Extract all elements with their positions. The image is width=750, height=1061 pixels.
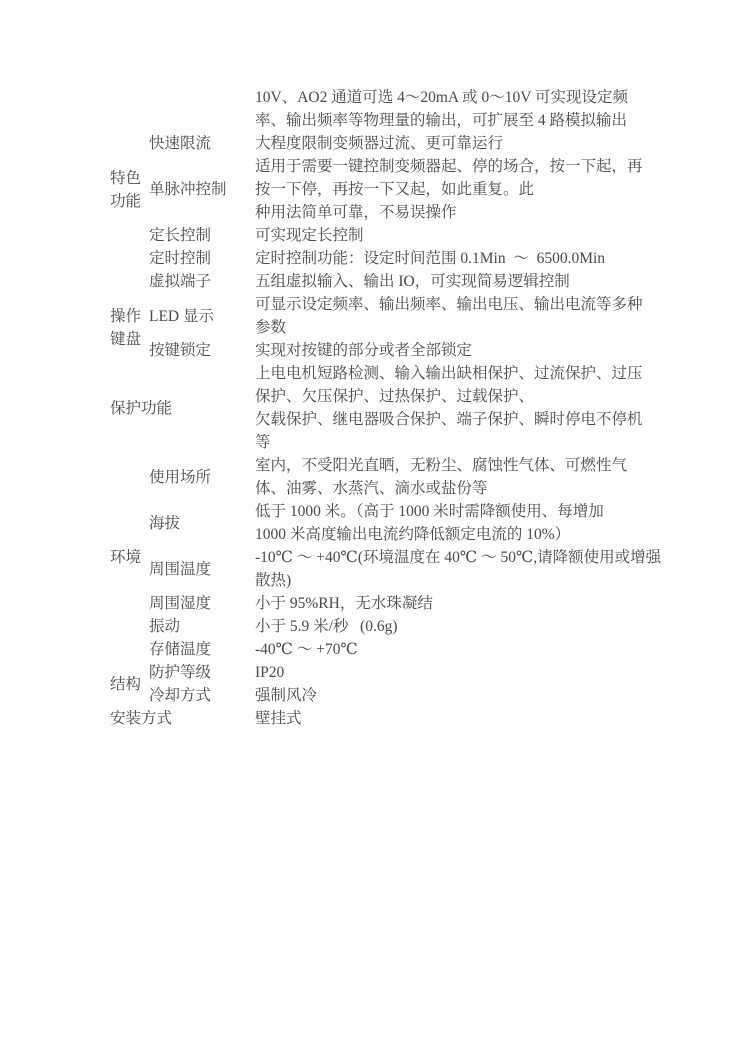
category-text: 环境 [110, 546, 141, 569]
desc-line: 散热) [255, 569, 661, 592]
desc-line: 按一下停，再按一下又起，如此重复。此 [255, 178, 658, 201]
desc-line: 小于 5.9 米/秒 (0.6g) [255, 615, 661, 638]
table-row: 快速限流 大程度限制变频器过流、更可靠运行 [149, 132, 658, 155]
spec-table: 特色功能 10V、AO2 通道可选 4～20mA 或 0～10V 可实现设定频 … [110, 86, 658, 730]
desc-line: 定时控制功能：设定时间范围 0.1Min ～ 6500.0Min [255, 247, 658, 270]
row-label: 周围湿度 [149, 592, 255, 615]
section-rows: 壁挂式 [255, 707, 658, 730]
table-row: 周围湿度 小于 95%RH，无水珠凝结 [149, 592, 661, 615]
row-label: 使用场所 [149, 454, 255, 500]
row-desc: 上电电机短路检测、输入输出缺相保护、过流保护、过压 保护、欠压保护、过热保护、过… [255, 362, 658, 454]
category-label: 保护功能 [110, 362, 255, 454]
desc-line: 体、油雾、水蒸汽、滴水或盐份等 [255, 477, 661, 500]
desc-line: 五组虚拟输入、输出 IO，可实现简易逻辑控制 [255, 270, 658, 293]
table-row: 存储温度 -40℃ ～ +70℃ [149, 638, 661, 661]
category-label: 特色功能 [110, 86, 149, 293]
row-desc: -10℃ ～ +40℃(环境温度在 40℃ ～ 50℃,请降额使用或增强 散热) [255, 546, 661, 592]
category-label: 结构 [110, 661, 149, 707]
desc-line: 低于 1000 米。（高于 1000 米时需降额使用、每增加 [255, 500, 661, 523]
row-desc: 定时控制功能：设定时间范围 0.1Min ～ 6500.0Min [255, 247, 658, 270]
desc-line: 壁挂式 [255, 707, 658, 730]
row-desc: 实现对按键的部分或者全部锁定 [255, 339, 658, 362]
row-desc: IP20 [255, 661, 658, 684]
desc-line: 可显示设定频率、输出频率、输出电压、输出电流等多种 [255, 293, 658, 316]
section-rows: 防护等级 IP20 冷却方式 强制风冷 [149, 661, 658, 707]
row-desc: 可显示设定频率、输出频率、输出电压、输出电流等多种 参数 [255, 293, 658, 339]
row-label: 定时控制 [149, 247, 255, 270]
section-featured-functions: 特色功能 10V、AO2 通道可选 4～20mA 或 0～10V 可实现设定频 … [110, 86, 658, 293]
row-desc: 壁挂式 [255, 707, 658, 730]
row-desc: 低于 1000 米。（高于 1000 米时需降额使用、每增加 1000 米高度输… [255, 500, 661, 546]
section-structure: 结构 防护等级 IP20 冷却方式 强制风冷 [110, 661, 658, 707]
category-label: 操作键盘 [110, 293, 149, 362]
row-label: LED 显示 [149, 293, 255, 339]
section-rows: 上电电机短路检测、输入输出缺相保护、过流保护、过压 保护、欠压保护、过热保护、过… [255, 362, 658, 454]
desc-line: 1000 米高度输出电流约降低额定电流的 10%） [255, 523, 661, 546]
row-label: 定长控制 [149, 224, 255, 247]
desc-line: 等 [255, 431, 658, 454]
category-label: 安装方式 [110, 707, 255, 730]
row-label [149, 86, 255, 132]
document-page: 特色功能 10V、AO2 通道可选 4～20mA 或 0～10V 可实现设定频 … [0, 0, 750, 1061]
table-row: 定长控制 可实现定长控制 [149, 224, 658, 247]
desc-line: 欠载保护、继电器吸合保护、端子保护、瞬时停电不停机 [255, 408, 658, 431]
category-label: 环境 [110, 454, 149, 661]
desc-line: 上电电机短路检测、输入输出缺相保护、过流保护、过压 [255, 362, 658, 385]
desc-line: 率、输出频率等物理量的输出，可扩展至 4 路模拟输出 [255, 109, 658, 132]
desc-line: -10℃ ～ +40℃(环境温度在 40℃ ～ 50℃,请降额使用或增强 [255, 546, 661, 569]
table-row: 虚拟端子 五组虚拟输入、输出 IO，可实现简易逻辑控制 [149, 270, 658, 293]
row-desc: 10V、AO2 通道可选 4～20mA 或 0～10V 可实现设定频 率、输出频… [255, 86, 658, 132]
table-row: 按键锁定 实现对按键的部分或者全部锁定 [149, 339, 658, 362]
table-row: 周围温度 -10℃ ～ +40℃(环境温度在 40℃ ～ 50℃,请降额使用或增… [149, 546, 661, 592]
desc-line: 保护、欠压保护、过热保护、过载保护、 [255, 385, 658, 408]
row-label: 振动 [149, 615, 255, 638]
row-desc: 可实现定长控制 [255, 224, 658, 247]
table-row: 壁挂式 [255, 707, 658, 730]
desc-line: 可实现定长控制 [255, 224, 658, 247]
row-label: 防护等级 [149, 661, 255, 684]
row-label: 周围温度 [149, 546, 255, 592]
desc-line: 10V、AO2 通道可选 4～20mA 或 0～10V 可实现设定频 [255, 86, 658, 109]
desc-line: IP20 [255, 661, 658, 684]
desc-line: 参数 [255, 316, 658, 339]
row-label: 海拔 [149, 500, 255, 546]
table-row: 冷却方式 强制风冷 [149, 684, 658, 707]
desc-line: 大程度限制变频器过流、更可靠运行 [255, 132, 658, 155]
desc-line: 强制风冷 [255, 684, 658, 707]
row-label: 快速限流 [149, 132, 255, 155]
category-text: 安装方式 [110, 707, 172, 730]
section-mounting: 安装方式 壁挂式 [110, 707, 658, 730]
table-row: LED 显示 可显示设定频率、输出频率、输出电压、输出电流等多种 参数 [149, 293, 658, 339]
category-text: 特色功能 [110, 167, 149, 213]
section-rows: 10V、AO2 通道可选 4～20mA 或 0～10V 可实现设定频 率、输出频… [149, 86, 658, 293]
row-desc: 适用于需要一键控制变频器起、停的场合，按一下起，再 按一下停，再按一下又起，如此… [255, 155, 658, 224]
category-text: 操作键盘 [110, 305, 149, 351]
row-label: 存储温度 [149, 638, 255, 661]
desc-line: 适用于需要一键控制变频器起、停的场合，按一下起，再 [255, 155, 658, 178]
table-row: 定时控制 定时控制功能：设定时间范围 0.1Min ～ 6500.0Min [149, 247, 658, 270]
section-rows: LED 显示 可显示设定频率、输出频率、输出电压、输出电流等多种 参数 按键锁定… [149, 293, 658, 362]
row-desc: 五组虚拟输入、输出 IO，可实现简易逻辑控制 [255, 270, 658, 293]
table-row: 使用场所 室内，不受阳光直晒，无粉尘、腐蚀性气体、可燃性气 体、油雾、水蒸汽、滴… [149, 454, 661, 500]
desc-line: 实现对按键的部分或者全部锁定 [255, 339, 658, 362]
row-desc: 室内，不受阳光直晒，无粉尘、腐蚀性气体、可燃性气 体、油雾、水蒸汽、滴水或盐份等 [255, 454, 661, 500]
row-label: 单脉冲控制 [149, 155, 255, 224]
desc-line: 小于 95%RH，无水珠凝结 [255, 592, 661, 615]
desc-line: 种用法简单可靠，不易误操作 [255, 201, 658, 224]
row-label: 按键锁定 [149, 339, 255, 362]
desc-line: 室内，不受阳光直晒，无粉尘、腐蚀性气体、可燃性气 [255, 454, 661, 477]
row-desc: 大程度限制变频器过流、更可靠运行 [255, 132, 658, 155]
table-row: 振动 小于 5.9 米/秒 (0.6g) [149, 615, 661, 638]
category-text: 保护功能 [110, 397, 172, 420]
table-row: 10V、AO2 通道可选 4～20mA 或 0～10V 可实现设定频 率、输出频… [149, 86, 658, 132]
row-desc: 强制风冷 [255, 684, 658, 707]
row-desc: -40℃ ～ +70℃ [255, 638, 661, 661]
section-rows: 使用场所 室内，不受阳光直晒，无粉尘、腐蚀性气体、可燃性气 体、油雾、水蒸汽、滴… [149, 454, 661, 661]
row-desc: 小于 5.9 米/秒 (0.6g) [255, 615, 661, 638]
table-row: 海拔 低于 1000 米。（高于 1000 米时需降额使用、每增加 1000 米… [149, 500, 661, 546]
table-row: 单脉冲控制 适用于需要一键控制变频器起、停的场合，按一下起，再 按一下停，再按一… [149, 155, 658, 224]
table-row: 上电电机短路检测、输入输出缺相保护、过流保护、过压 保护、欠压保护、过热保护、过… [255, 362, 658, 454]
row-label: 虚拟端子 [149, 270, 255, 293]
row-label: 冷却方式 [149, 684, 255, 707]
row-desc: 小于 95%RH，无水珠凝结 [255, 592, 661, 615]
desc-line: -40℃ ～ +70℃ [255, 638, 661, 661]
section-protection: 保护功能 上电电机短路检测、输入输出缺相保护、过流保护、过压 保护、欠压保护、过… [110, 362, 658, 454]
table-row: 防护等级 IP20 [149, 661, 658, 684]
section-keypad: 操作键盘 LED 显示 可显示设定频率、输出频率、输出电压、输出电流等多种 参数… [110, 293, 658, 362]
category-text: 结构 [110, 673, 141, 696]
section-environment: 环境 使用场所 室内，不受阳光直晒，无粉尘、腐蚀性气体、可燃性气 体、油雾、水蒸… [110, 454, 658, 661]
